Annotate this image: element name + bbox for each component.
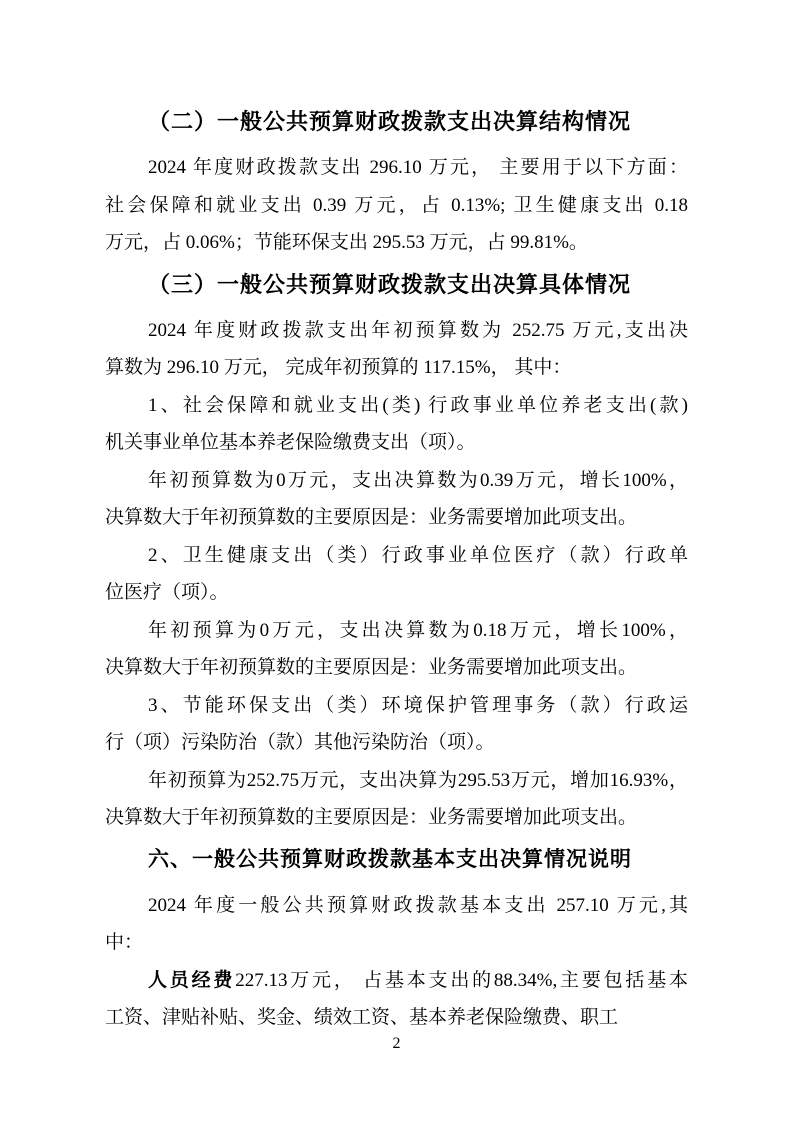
- text-line: 社会保障和就业支出 0.39 万元，占 0.13%; 卫生健康支出 0.18: [105, 187, 688, 225]
- section-heading-2: （二）一般公共预算财政拨款支出决算结构情况: [105, 103, 688, 141]
- para-item-1-title: 1、社会保障和就业支出(类) 行政事业单位养老支出(款)机关事业单位基本养老保险…: [105, 387, 688, 462]
- text-line: 中：: [105, 924, 688, 962]
- text-line: 决算数大于年初预算数的主要原因是：业务需要增加此项支出。: [105, 799, 688, 837]
- text-line: 年初预算为0万元，支出决算数为0.18万元，增长100%，: [105, 612, 688, 650]
- text-line: 万元，占 0.06%；节能环保支出 295.53 万元，占 99.81%。: [105, 224, 688, 262]
- text-line: 年初预算为252.75万元，支出决算为295.53万元，增加16.93%，: [105, 762, 688, 800]
- section-heading-3: （三）一般公共预算财政拨款支出决算具体情况: [105, 266, 688, 304]
- page-number: 2: [0, 1034, 793, 1054]
- document-body: （二）一般公共预算财政拨款支出决算结构情况2024 年度财政拨款支出 296.1…: [105, 99, 688, 1037]
- text-line: 年初预算数为0万元，支出决算数为0.39万元，增长100%，: [105, 462, 688, 500]
- text-line: 决算数大于年初预算数的主要原因是：业务需要增加此项支出。: [105, 649, 688, 687]
- text-line: 2、卫生健康支出（类）行政事业单位医疗（款）行政单: [105, 537, 688, 575]
- para-detail-intro: 2024 年度财政拨款支出年初预算数为 252.75 万元,支出决算数为 296…: [105, 312, 688, 387]
- section-heading-6: 六、一般公共预算财政拨款基本支出决算情况说明: [105, 841, 688, 879]
- text-line: 机关事业单位基本养老保险缴费支出（项）。: [105, 424, 688, 462]
- para-item-3-title: 3、节能环保支出（类）环境保护管理事务（款）行政运行（项）污染防治（款）其他污染…: [105, 687, 688, 762]
- bold-term: 人员经费: [148, 970, 235, 991]
- document-page: （二）一般公共预算财政拨款支出决算结构情况2024 年度财政拨款支出 296.1…: [0, 0, 793, 1122]
- text-line: 位医疗（项）。: [105, 574, 688, 612]
- text-line: 行（项）污染防治（款）其他污染防治（项）。: [105, 724, 688, 762]
- text-line: 六、一般公共预算财政拨款基本支出决算情况说明: [105, 841, 688, 879]
- text-line: 决算数大于年初预算数的主要原因是：业务需要增加此项支出。: [105, 499, 688, 537]
- text-line: 2024 年度财政拨款支出年初预算数为 252.75 万元,支出决: [105, 312, 688, 350]
- text-line: 3、节能环保支出（类）环境保护管理事务（款）行政运: [105, 687, 688, 725]
- text-line: （二）一般公共预算财政拨款支出决算结构情况: [105, 103, 688, 141]
- para-item-2-detail: 年初预算为0万元，支出决算数为0.18万元，增长100%，决算数大于年初预算数的…: [105, 612, 688, 687]
- text-line: 1、社会保障和就业支出(类) 行政事业单位养老支出(款): [105, 387, 688, 425]
- text-line: 2024 年度财政拨款支出 296.10 万元， 主要用于以下方面：: [105, 149, 688, 187]
- para-item-1-detail: 年初预算数为0万元，支出决算数为0.39万元，增长100%，决算数大于年初预算数…: [105, 462, 688, 537]
- para-item-3-detail: 年初预算为252.75万元，支出决算为295.53万元，增加16.93%，决算数…: [105, 762, 688, 837]
- text-line: 人员经费227.13万元， 占基本支出的88.34%,主要包括基本: [105, 962, 688, 1000]
- text-line: （三）一般公共预算财政拨款支出决算具体情况: [105, 266, 688, 304]
- para-expenditure-structure: 2024 年度财政拨款支出 296.10 万元， 主要用于以下方面：社会保障和就…: [105, 149, 688, 262]
- text-line: 工资、津贴补贴、奖金、绩效工资、基本养老保险缴费、职工: [105, 999, 688, 1037]
- para-basic-expenditure-intro: 2024 年度一般公共预算财政拨款基本支出 257.10 万元,其中：: [105, 887, 688, 962]
- para-personnel-expense: 人员经费227.13万元， 占基本支出的88.34%,主要包括基本工资、津贴补贴…: [105, 962, 688, 1037]
- text-line: 2024 年度一般公共预算财政拨款基本支出 257.10 万元,其: [105, 887, 688, 925]
- text-line: 算数为 296.10 万元， 完成年初预算的 117.15%， 其中：: [105, 349, 688, 387]
- para-item-2-title: 2、卫生健康支出（类）行政事业单位医疗（款）行政单位医疗（项）。: [105, 537, 688, 612]
